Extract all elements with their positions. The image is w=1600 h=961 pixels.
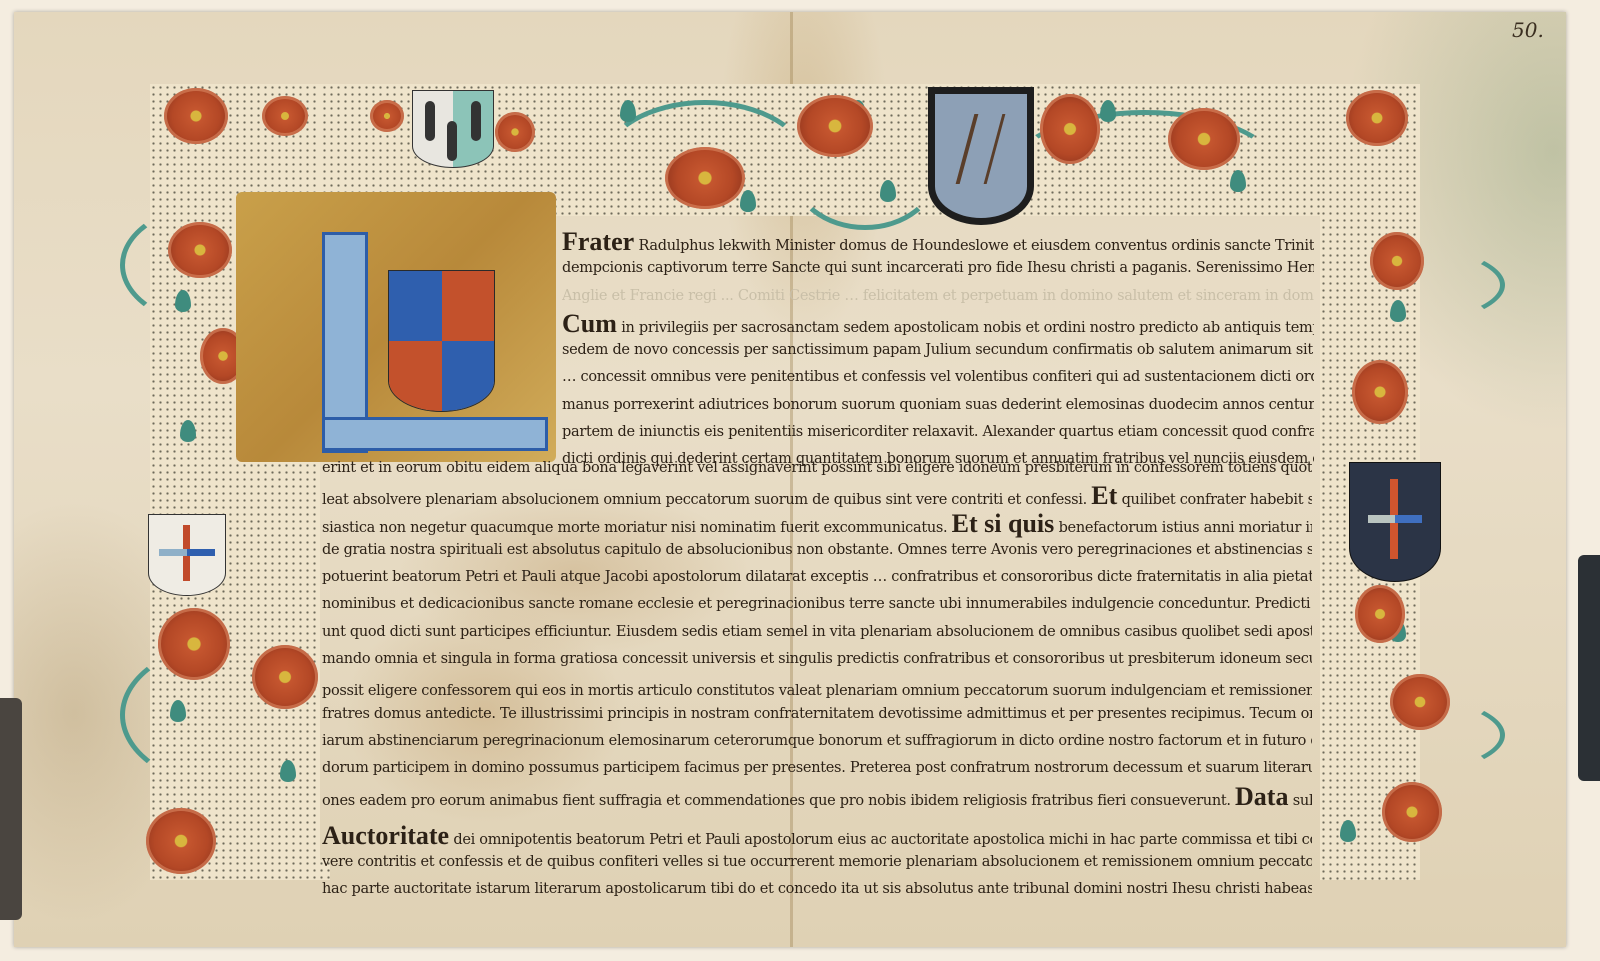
line-text: siastica non negetur quacumque morte mor… [322,520,947,536]
section-word: Auctoritate [322,821,449,850]
tudor-rose-icon [1168,108,1240,170]
tudor-rose-icon [1040,94,1100,164]
text-line: sedem de novo concessis per sanctissimum… [562,337,1314,364]
line-text: dempcionis captivorum terre Sancte qui s… [562,260,1314,276]
line-text: sub sigillo nostre confraternitatis pred… [1293,793,1312,809]
mount-clip-right [1578,555,1600,781]
text-line: dorum participem in domino possumus part… [322,755,1312,782]
text-line: partem de iniunctis eis penitentiis mise… [562,419,1314,446]
arms-lion-rampant-shield [928,87,1034,225]
line-text: Radulphus lekwith Minister domus de Houn… [638,238,1314,254]
fleur-de-lis-quarter [389,271,442,341]
tudor-rose-icon [797,95,873,157]
lions-quarter [442,271,495,341]
line-text: vere contritis et confessis et de quibus… [322,854,1312,870]
royal-arms-shield [388,270,495,412]
text-line: de gratia nostra spirituali est absolutu… [322,537,1312,564]
text-line-spacer [322,810,1312,822]
opening-word: Frater [562,228,634,256]
text-block-upper: Frater Radulphus lekwith Minister domus … [562,228,1314,474]
tudor-rose-icon [495,112,535,152]
line-text: quilibet confrater habebit sepulturam di… [1122,492,1312,508]
text-line: potuerint beatorum Petri et Pauli atque … [322,564,1312,591]
cross-icon [159,549,215,556]
tudor-rose-icon [370,100,404,132]
line-text: mando omnia et singula in forma gratiosa… [322,651,1312,667]
text-line: … concessit omnibus vere penitentibus et… [562,364,1314,391]
text-line: erint et in eorum obitu eidem aliqua bon… [322,455,1312,482]
text-line: Cum in privilegiis per sacrosanctam sede… [562,310,1314,337]
text-line: manus porrexerint adiutrices bonorum suo… [562,392,1314,419]
text-line: nominibus et dedicacionibus sancte roman… [322,591,1312,618]
feather-icon [425,101,435,141]
line-text: leat absolvere plenariam absolucionem om… [322,492,1087,508]
line-text: benefactorum istius anni moriatur in dic… [1059,520,1312,536]
tudor-rose-icon [168,222,232,278]
text-line: ones eadem pro eorum animabus fient suff… [322,783,1312,810]
tudor-rose-icon [158,608,230,680]
line-text: dei omnipotentis beatorum Petri et Pauli… [453,832,1312,848]
text-block-lower: erint et in eorum obitu eidem aliqua bon… [322,455,1312,904]
line-text: hac parte auctoritate istarum literarum … [322,881,1312,897]
line-text: iarum abstinenciarum peregrinacionum ele… [322,733,1312,749]
tudor-rose-icon [1382,782,1442,842]
line-text: nominibus et dedicacionibus sancte roman… [322,596,1312,612]
line-text: de gratia nostra spirituali est absolutu… [322,542,1312,558]
section-word: Cum [562,309,617,338]
text-line: unt quod dicti sunt participes efficiunt… [322,619,1312,646]
tudor-rose-icon [665,147,745,209]
line-text: potuerint beatorum Petri et Pauli atque … [322,569,1312,585]
text-line: Auctoritate dei omnipotentis beatorum Pe… [322,822,1312,849]
text-line: Anglie et Francie regi ... Comiti Cestri… [562,283,1314,310]
tudor-rose-icon [1370,232,1424,290]
text-line: vere contritis et confessis et de quibus… [322,849,1312,876]
text-line: leat absolvere plenariam absolucionem om… [322,482,1312,509]
tudor-rose-icon [1390,674,1450,730]
text-line: Frater Radulphus lekwith Minister domus … [562,228,1314,255]
line-text: ones eadem pro eorum animabus fient suff… [322,793,1231,809]
line-text: unt quod dicti sunt participes efficiunt… [322,624,1312,640]
text-line: possit eligere confessorem qui eos in mo… [322,673,1312,700]
line-text: sedem de novo concessis per sanctissimum… [562,342,1314,358]
text-line: hac parte auctoritate istarum literarum … [322,876,1312,903]
text-line: siastica non negetur quacumque morte mor… [322,510,1312,537]
tudor-rose-icon [252,645,318,709]
fleur-de-lis-quarter [442,341,495,411]
text-line: iarum abstinenciarum peregrinacionum ele… [322,728,1312,755]
line-text: … concessit omnibus vere penitentibus et… [562,369,1314,385]
line-text: erint et in eorum obitu eidem aliqua bon… [322,460,1312,476]
vine-icon [120,640,350,790]
line-text: dorum participem in domino possumus part… [322,760,1312,776]
text-line: fratres domus antedicte. Te illustrissim… [322,701,1312,728]
text-line: dempcionis captivorum terre Sancte qui s… [562,255,1314,282]
folio-number: 50. [1512,18,1544,42]
lion-rampant-icon [956,114,1006,184]
line-text: partem de iniunctis eis penitentiis mise… [562,424,1314,440]
section-word: Data [1235,782,1288,811]
trinitarian-cross-shield-right [1349,462,1441,582]
lions-quarter [389,341,442,411]
line-text: possit eligere confessorem qui eos in mo… [322,683,1312,699]
trinitarian-cross-shield-left [148,514,226,596]
initial-letter-bar [322,417,548,451]
tudor-rose-icon [262,96,308,136]
tudor-rose-icon [1346,90,1408,146]
tudor-rose-icon [1355,585,1405,643]
mount-clip-left [0,698,22,920]
cross-icon [1368,515,1422,523]
line-text: in privilegiis per sacrosanctam sedem ap… [621,320,1314,336]
line-text: fratres domus antedicte. Te illustrissim… [322,706,1312,722]
text-line: mando omnia et singula in forma gratiosa… [322,646,1312,673]
feather-icon [471,101,481,141]
tudor-rose-icon [146,808,216,874]
section-word: Et si quis [952,509,1055,538]
tudor-rose-icon [1352,360,1408,424]
arms-three-feathers-shield [412,90,494,168]
line-text: Anglie et Francie regi ... Comiti Cestri… [562,288,1314,304]
line-text: manus porrexerint adiutrices bonorum suo… [562,397,1314,413]
tudor-rose-icon [164,88,228,144]
section-word: Et [1091,481,1117,510]
feather-icon [447,121,457,161]
